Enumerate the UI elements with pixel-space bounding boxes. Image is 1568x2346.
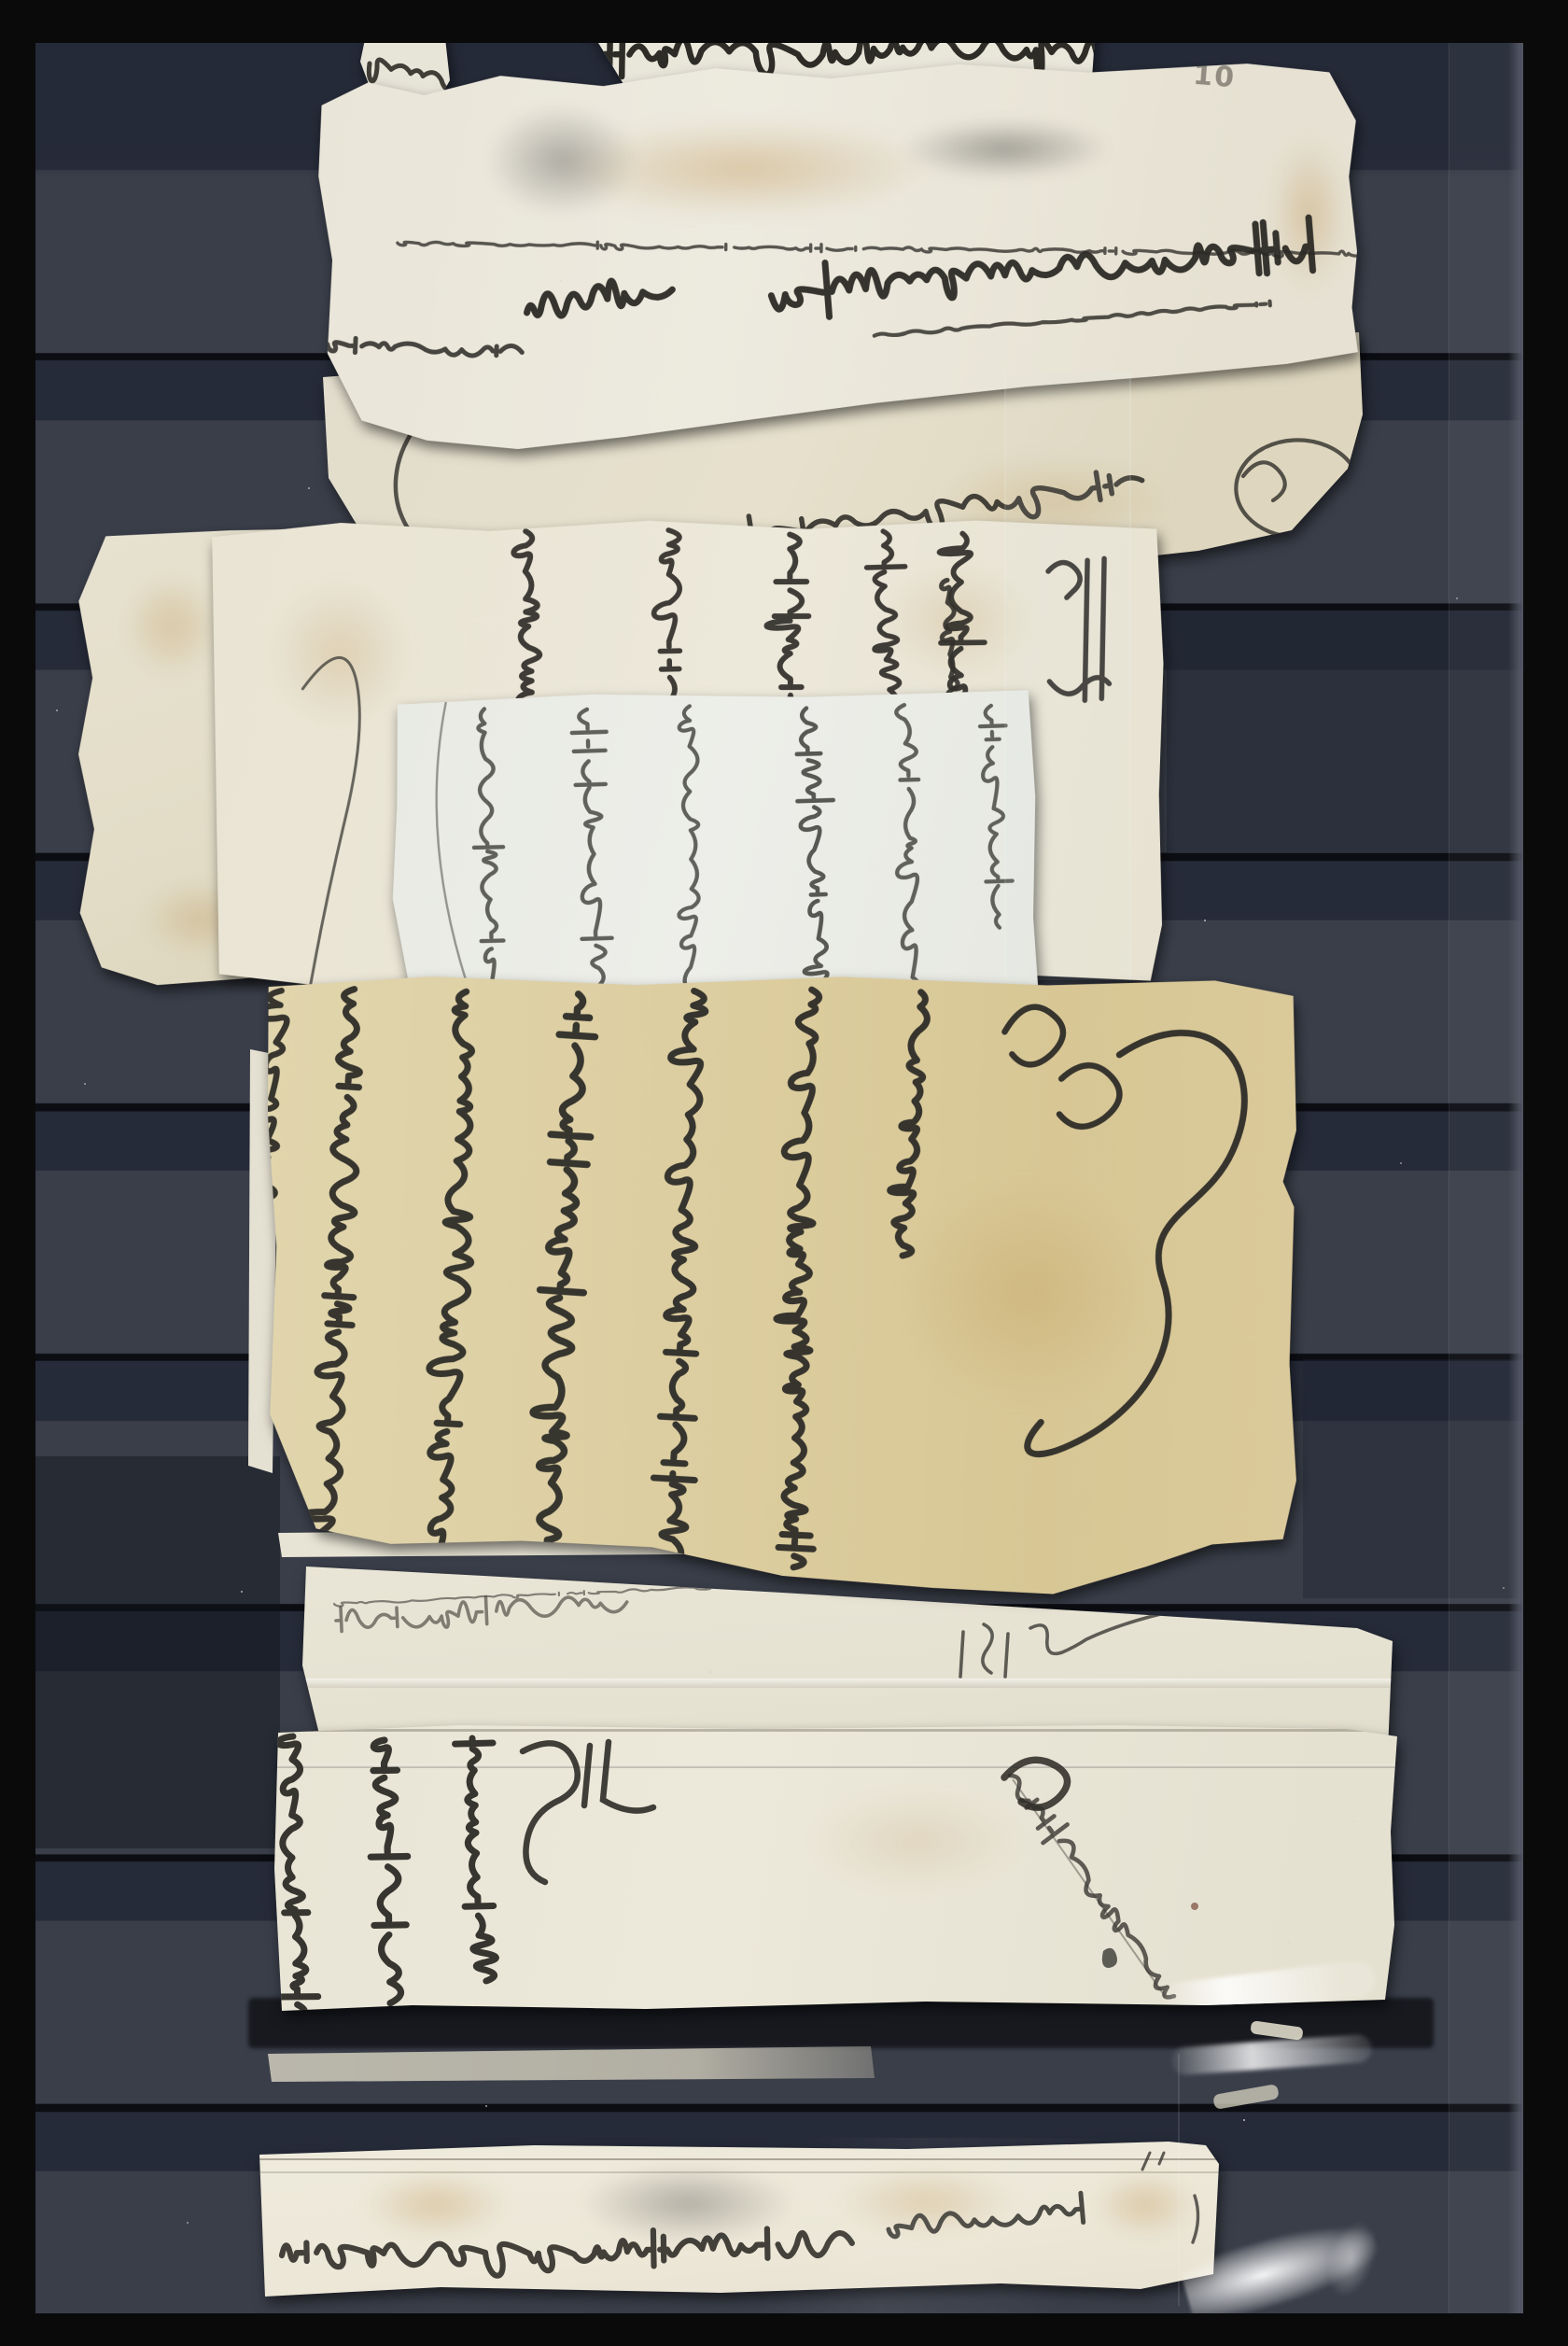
plastic-shine-on-letter bbox=[1159, 1959, 1377, 2022]
bold-script-column bbox=[416, 990, 487, 1602]
photo-border-top bbox=[0, 0, 1568, 43]
bold-script-left bbox=[525, 276, 674, 318]
circled-scribble bbox=[1236, 440, 1359, 537]
stain bbox=[777, 1776, 1057, 1906]
stain bbox=[492, 102, 997, 237]
bold-script-column bbox=[455, 1737, 498, 1981]
thin-diagonal-line bbox=[435, 702, 472, 1001]
large-swirl-flourish bbox=[1028, 1033, 1245, 1455]
bold-script-column bbox=[523, 992, 603, 1556]
stain bbox=[858, 1137, 1196, 1447]
document-under-strip bbox=[264, 2044, 880, 2086]
stain bbox=[1257, 111, 1362, 317]
bold-docket-head bbox=[1004, 1760, 1068, 1807]
diagonal-rule bbox=[1013, 1779, 1165, 1996]
top-letter-paper: 10 bbox=[314, 55, 1366, 457]
folded-letter-paper bbox=[273, 1720, 1404, 2016]
photo-border-left bbox=[0, 0, 35, 2346]
ink-strokes bbox=[259, 966, 1305, 1616]
strike-through-line bbox=[874, 301, 1280, 337]
diagonal-docket-script bbox=[999, 1765, 1188, 2003]
document-large-tan-letter bbox=[259, 966, 1305, 1616]
faint-script-column bbox=[893, 705, 923, 997]
photo-border-bottom bbox=[0, 2313, 1568, 2346]
bold-script-column bbox=[641, 990, 722, 1568]
tan-letter-paper bbox=[259, 966, 1305, 1616]
ink-strokes bbox=[314, 55, 1366, 457]
plastic-strip-sheen-right bbox=[1449, 43, 1520, 2313]
bold-script-column bbox=[301, 988, 375, 1533]
white-sheet-paper bbox=[386, 684, 1044, 1011]
fold-crease bbox=[273, 1729, 1404, 1732]
bold-script-column bbox=[277, 1736, 318, 2021]
ink-smudge bbox=[454, 80, 669, 241]
document-white-sheet bbox=[386, 684, 1044, 1011]
document-top-letter: 10 bbox=[314, 55, 1366, 457]
faint-script-column bbox=[471, 709, 507, 982]
ink-smudge bbox=[856, 105, 1155, 192]
wavy-dashes bbox=[327, 335, 522, 361]
plastic-strip-sheen-vertical bbox=[1004, 372, 1131, 980]
bold-script-column-short bbox=[887, 991, 929, 1257]
ink-strokes bbox=[386, 684, 1044, 1011]
faint-script-column bbox=[676, 706, 701, 994]
under-strip-shade bbox=[264, 2044, 880, 2086]
pocket-edge-highlight bbox=[1178, 2054, 1180, 2306]
bold-curl-glyph bbox=[523, 1742, 653, 1882]
fold-crease bbox=[273, 1764, 1404, 1768]
red-speck bbox=[1191, 1903, 1198, 1910]
photo-border-right bbox=[1523, 0, 1568, 2346]
scribbled-rule bbox=[398, 231, 1380, 267]
page-band-shadow-left bbox=[35, 1456, 280, 1848]
bold-script-column bbox=[764, 989, 841, 1568]
fold-crease bbox=[297, 1679, 1404, 1688]
ink-blot bbox=[1102, 1948, 1117, 1968]
ink-strokes bbox=[273, 1720, 1404, 2016]
faint-script-column bbox=[571, 709, 615, 998]
bold-script-right bbox=[768, 218, 1319, 321]
bold-script-column bbox=[369, 1740, 410, 2003]
photo-canvas: 10 bbox=[0, 0, 1568, 2346]
pencil-numeral: 10 bbox=[1192, 59, 1237, 94]
flourish-curls bbox=[1004, 1007, 1120, 1127]
document-folded-letter bbox=[273, 1720, 1404, 2016]
